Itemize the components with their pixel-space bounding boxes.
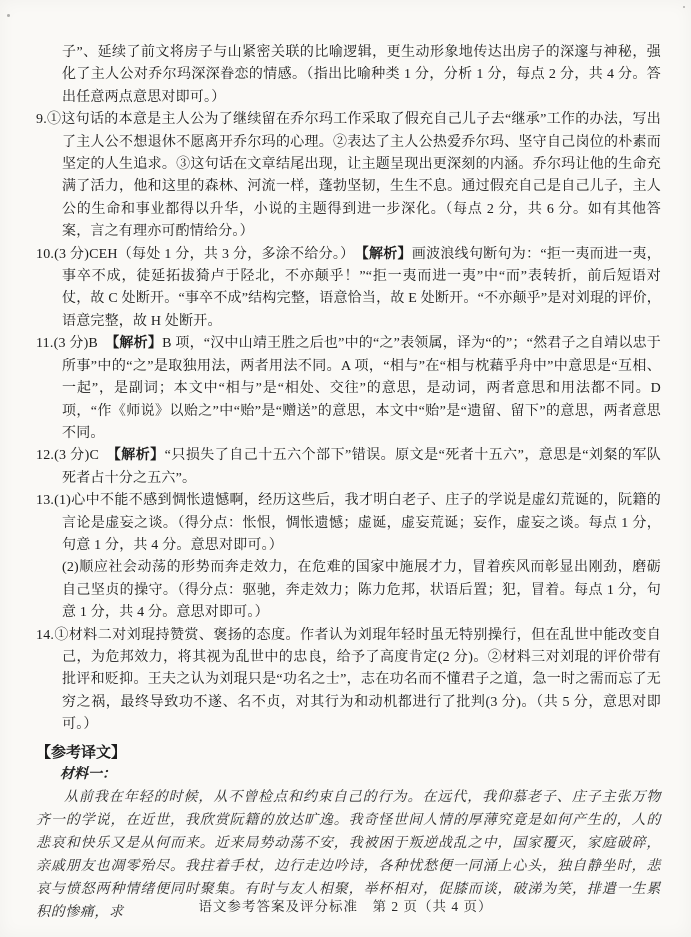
- answer-10: 10.(3 分)CEH（每处 1 分，共 3 分，多涂不给分。） 【解析】画波浪…: [36, 244, 661, 334]
- text-segment: 子”、延续了前文将房子与山紧密关联的比喻逻辑，更生动形象地传达出房子的深邃与神秘…: [62, 45, 661, 105]
- material-one-label: 材料一：: [60, 764, 661, 786]
- analysis-marker: 【解析】: [114, 448, 165, 463]
- text-segment: 11.(3 分)B: [36, 336, 112, 351]
- answer-9: 9.①这句话的本意是主人公为了继续留在乔尔玛工作采取了假充自己儿子去“继承”工作…: [36, 109, 661, 243]
- analysis-marker: 【解析】: [112, 336, 162, 351]
- text-segment: 10.(3 分)CEH（每处 1 分，共 3 分，多涂不给分。）: [36, 247, 362, 262]
- answer-14: 14.①材料二对刘琨持赞赏、褒扬的态度。作者认为刘琨年轻时虽无特别操行，但在乱世…: [36, 625, 661, 737]
- answers-section: 子”、延续了前文将房子与山紧密关联的比喻逻辑，更生动形象地传达出房子的深邃与神秘…: [36, 42, 661, 737]
- text-segment: B 项，“汉中山靖王胜之后也”中的“之”表领属，译为“的”；“然君子之自靖以忠于…: [62, 336, 661, 441]
- text-segment: (2)顺应社会动荡的形势而奔走效力，在危难的国家中施展才力，冒着疾风而彰显出刚劲…: [62, 560, 661, 620]
- text-segment: 12.(3 分)C: [36, 448, 114, 463]
- answer-13-2: (2)顺应社会动荡的形势而奔走效力，在危难的国家中施展才力，冒着疾风而彰显出刚劲…: [62, 557, 661, 624]
- text-segment: 14.①材料二对刘琨持赞赏、褒扬的态度。作者认为刘琨年轻时虽无特别操行，但在乱世…: [36, 628, 661, 733]
- answer-8-continuation: 子”、延续了前文将房子与山紧密关联的比喻逻辑，更生动形象地传达出房子的深邃与神秘…: [62, 42, 661, 109]
- scan-speck: [7, 14, 10, 17]
- scanned-answer-page: 子”、延续了前文将房子与山紧密关联的比喻逻辑，更生动形象地传达出房子的深邃与神秘…: [0, 0, 691, 937]
- scan-speck: [683, 6, 685, 8]
- text-segment: 13.(1)心中不能不感到惆怅遗憾啊，经历这些后，我才明白老子、庄子的学说是虚幻…: [36, 493, 661, 553]
- answer-13-1: 13.(1)心中不能不感到惆怅遗憾啊，经历这些后，我才明白老子、庄子的学说是虚幻…: [36, 490, 661, 557]
- answer-12: 12.(3 分)C 【解析】“只损失了自己十五六个部下”错误。原文是“死者十五六…: [36, 445, 661, 490]
- page-content: 子”、延续了前文将房子与山紧密关联的比喻逻辑，更生动形象地传达出房子的深邃与神秘…: [36, 42, 661, 924]
- text-segment: 9.①这句话的本意是主人公为了继续留在乔尔玛工作采取了假充自己儿子去“继承”工作…: [36, 112, 661, 239]
- analysis-marker: 【解析】: [362, 247, 412, 262]
- page-footer: 语文参考答案及评分标准 第 2 页（共 4 页）: [0, 895, 691, 915]
- answer-11: 11.(3 分)B 【解析】B 项，“汉中山靖王胜之后也”中的“之”表领属，译为…: [36, 333, 661, 445]
- reference-translation-header: 【参考译文】: [36, 742, 661, 764]
